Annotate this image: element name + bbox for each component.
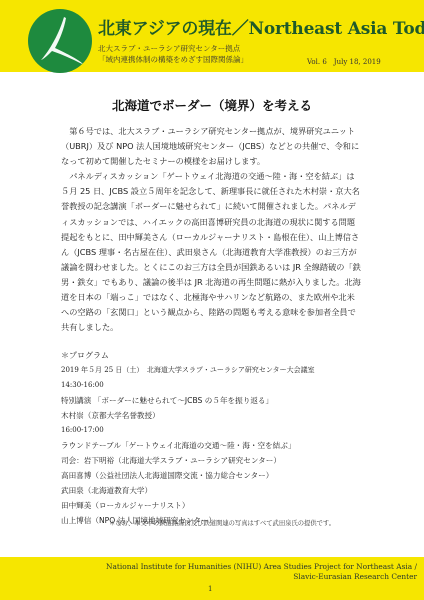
program-row: 田中輝美（ローカルジャーナリスト） [61, 498, 381, 513]
page-number: 1 [208, 585, 212, 593]
footer-center: Slavic-Eurasian Research Center [293, 572, 417, 581]
volume-date: Vol. 6 July 18, 2019 [307, 57, 381, 67]
article-paragraph: 第６号では、北大スラブ・ユーラシア研究センター拠点が、境界研究ユニット（UBRJ… [61, 124, 361, 169]
footer-institute: National Institute for Humanities (NIHU)… [106, 562, 417, 571]
program-row: ラウンドテーブル「ゲートウェイ北海道の交通～陸・海・空を結ぶ」 [61, 438, 381, 453]
footer: National Institute for Humanities (NIHU)… [0, 557, 424, 600]
publication-title: 北東アジアの現在／Northeast Asia Today [98, 14, 424, 39]
program-time: 16:00-17:00 [61, 423, 381, 438]
program-row: 木村崇（京都大学名誉教授） [61, 408, 381, 423]
program-row: 特別講演 「ボーダーに魅せられて～JCBS の５年を振り返る」 [61, 393, 381, 408]
article-paragraph: パネルディスカッション「ゲートウェイ北海道の交通～陸・海・空を結ぶ」は５月 25… [61, 169, 361, 335]
photo-credit-note: ＊なお、本文中の鉄道路線図及び鉄道関連の写真はすべて武田泉氏の提供です。 [0, 518, 424, 527]
program-heading: ＊プログラム [61, 348, 381, 363]
program-row: 2019 年５月 25 日（土） 北海道大学スラブ・ユーラシア研究センター大会議… [61, 363, 381, 378]
program-row: 司会：岩下明裕（北海道大学スラブ・ユーラシア研究センター） [61, 453, 381, 468]
program-row: 武田泉（北海道教育大学） [61, 483, 381, 498]
program-time: 14:30-16:00 [61, 378, 381, 393]
publication-subtitle: 北大スラブ・ユーラシア研究センター拠点 [98, 43, 240, 54]
masthead: 北東アジアの現在／Northeast Asia Today 北大スラブ・ユーラシ… [0, 0, 424, 72]
article-body: 第６号では、北大スラブ・ユーラシア研究センター拠点が、境界研究ユニット（UBRJ… [61, 124, 361, 335]
logo-icon [28, 9, 92, 73]
publication-theme: 「域内連携体制の構築をめざす国際関係論」 [98, 54, 248, 65]
program-row: 高田喜博（公益社団法人北海道国際交流・協力総合センター） [61, 468, 381, 483]
program-section: ＊プログラム 2019 年５月 25 日（土） 北海道大学スラブ・ユーラシア研究… [61, 348, 381, 528]
article-title: 北海道でボーダー（境界）を考える [0, 96, 424, 114]
